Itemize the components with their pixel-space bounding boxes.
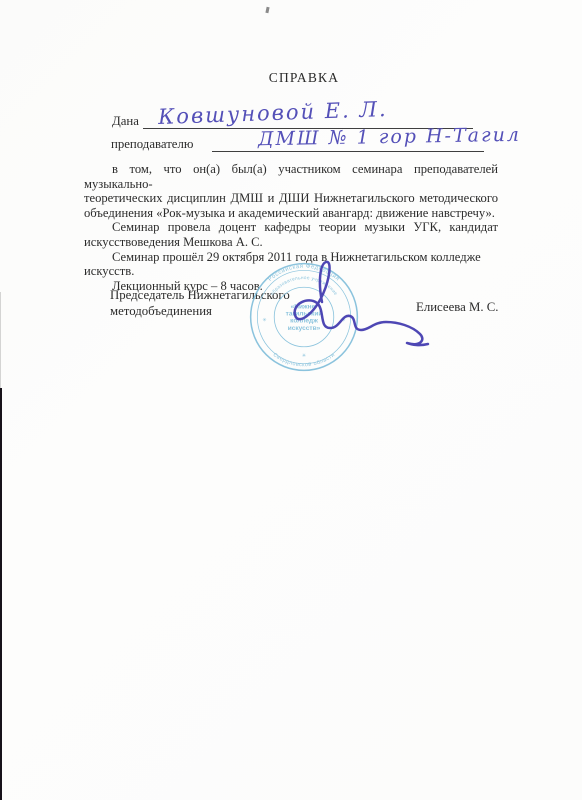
- body-line: Семинар провела доцент кафедры теории му…: [84, 220, 498, 235]
- scan-speck-artifact: [265, 7, 269, 13]
- dana-label: Дана: [112, 114, 139, 129]
- document-title: СПРАВКА: [84, 70, 498, 86]
- prepodavatelyu-label: преподавателю: [111, 137, 193, 152]
- scan-left-edge-dark: [0, 388, 2, 800]
- scanned-certificate-page: СПРАВКА Дана Ковшуновой Е. Л. преподават…: [0, 0, 582, 800]
- signature-ink: [262, 252, 452, 357]
- body-line: в том, что он(а) был(а) участником семин…: [84, 162, 498, 191]
- handwritten-school-name: ДМШ № 1 гор Н-Тагил: [258, 124, 521, 151]
- prepodavatelyu-underline: [212, 151, 484, 152]
- signature-stroke: [295, 262, 428, 345]
- body-line: искусствоведения Мешкова А. С.: [84, 235, 498, 250]
- body-line: теоретических дисциплин ДМШ и ДШИ Нижнет…: [84, 191, 498, 206]
- body-line: объединения «Рок-музыка и академический …: [84, 206, 498, 221]
- handwritten-recipient-name: Ковшуновой Е. Л.: [158, 97, 388, 129]
- scan-left-edge-light: [0, 292, 1, 388]
